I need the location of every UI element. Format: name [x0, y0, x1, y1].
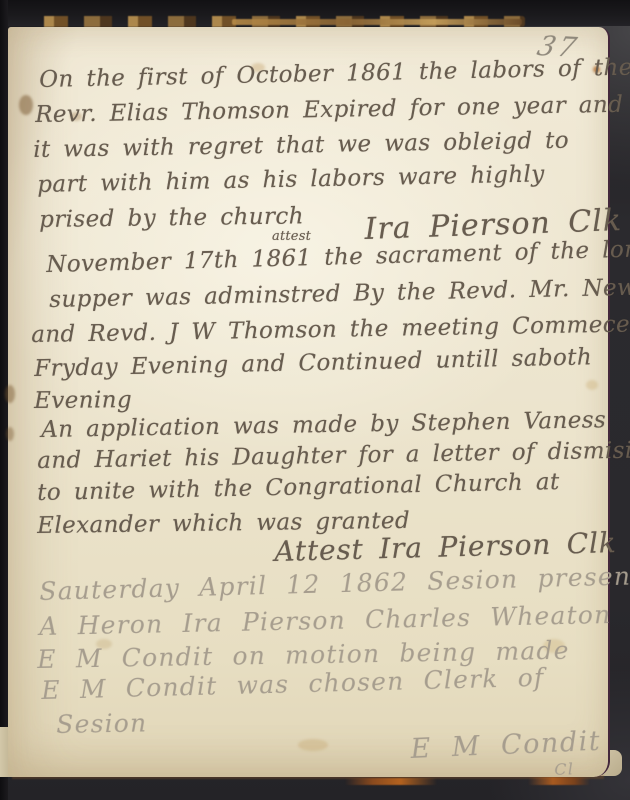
manuscript-line: prised by the church — [39, 204, 304, 233]
age-stain — [19, 95, 33, 115]
manuscript-line-pencil: Sauterday April 12 1862 Sesion present — [39, 562, 630, 605]
manuscript-line: On the first of October 1861 the labors … — [39, 56, 630, 94]
manuscript-line-pencil: Sesion — [56, 709, 148, 738]
age-stain — [586, 380, 598, 390]
manuscript-line: and Revd. J W Thomson the meeting Commec… — [31, 312, 630, 349]
photo-backdrop: 37 On the first of October 1861 the labo… — [0, 0, 630, 800]
manuscript-line: Evening — [34, 388, 132, 414]
cover-rust-wear — [345, 778, 437, 785]
manuscript-line-pencil: A Heron Ira Pierson Charles Wheaton — [39, 601, 612, 640]
age-stain — [6, 427, 14, 441]
age-stain — [298, 739, 328, 751]
manuscript-line: supper was adminstred By the Revd. Mr. N… — [49, 275, 630, 313]
clerk-signature: Attest Ira Pierson Clk — [274, 528, 617, 568]
manuscript-line: Fryday Evening and Continued untill sabo… — [34, 345, 592, 382]
worn-gilt-edge — [232, 19, 522, 25]
ledger-page: 37 On the first of October 1861 the labo… — [8, 27, 610, 777]
manuscript-line: November 17th 1861 the sacrament of the … — [46, 237, 630, 278]
manuscript-line: to unite with the Congrational Church at — [37, 470, 560, 506]
manuscript-line: part with him as his labors ware highly — [37, 162, 545, 198]
manuscript-line: Revr. Elias Thomson Expired for one year… — [35, 93, 623, 129]
attest-label: attest — [272, 230, 311, 244]
clerk-signature-suffix: Cl — [554, 760, 574, 778]
age-stain — [5, 385, 15, 403]
manuscript-line: it was with regret that we was obleigd t… — [33, 129, 569, 164]
